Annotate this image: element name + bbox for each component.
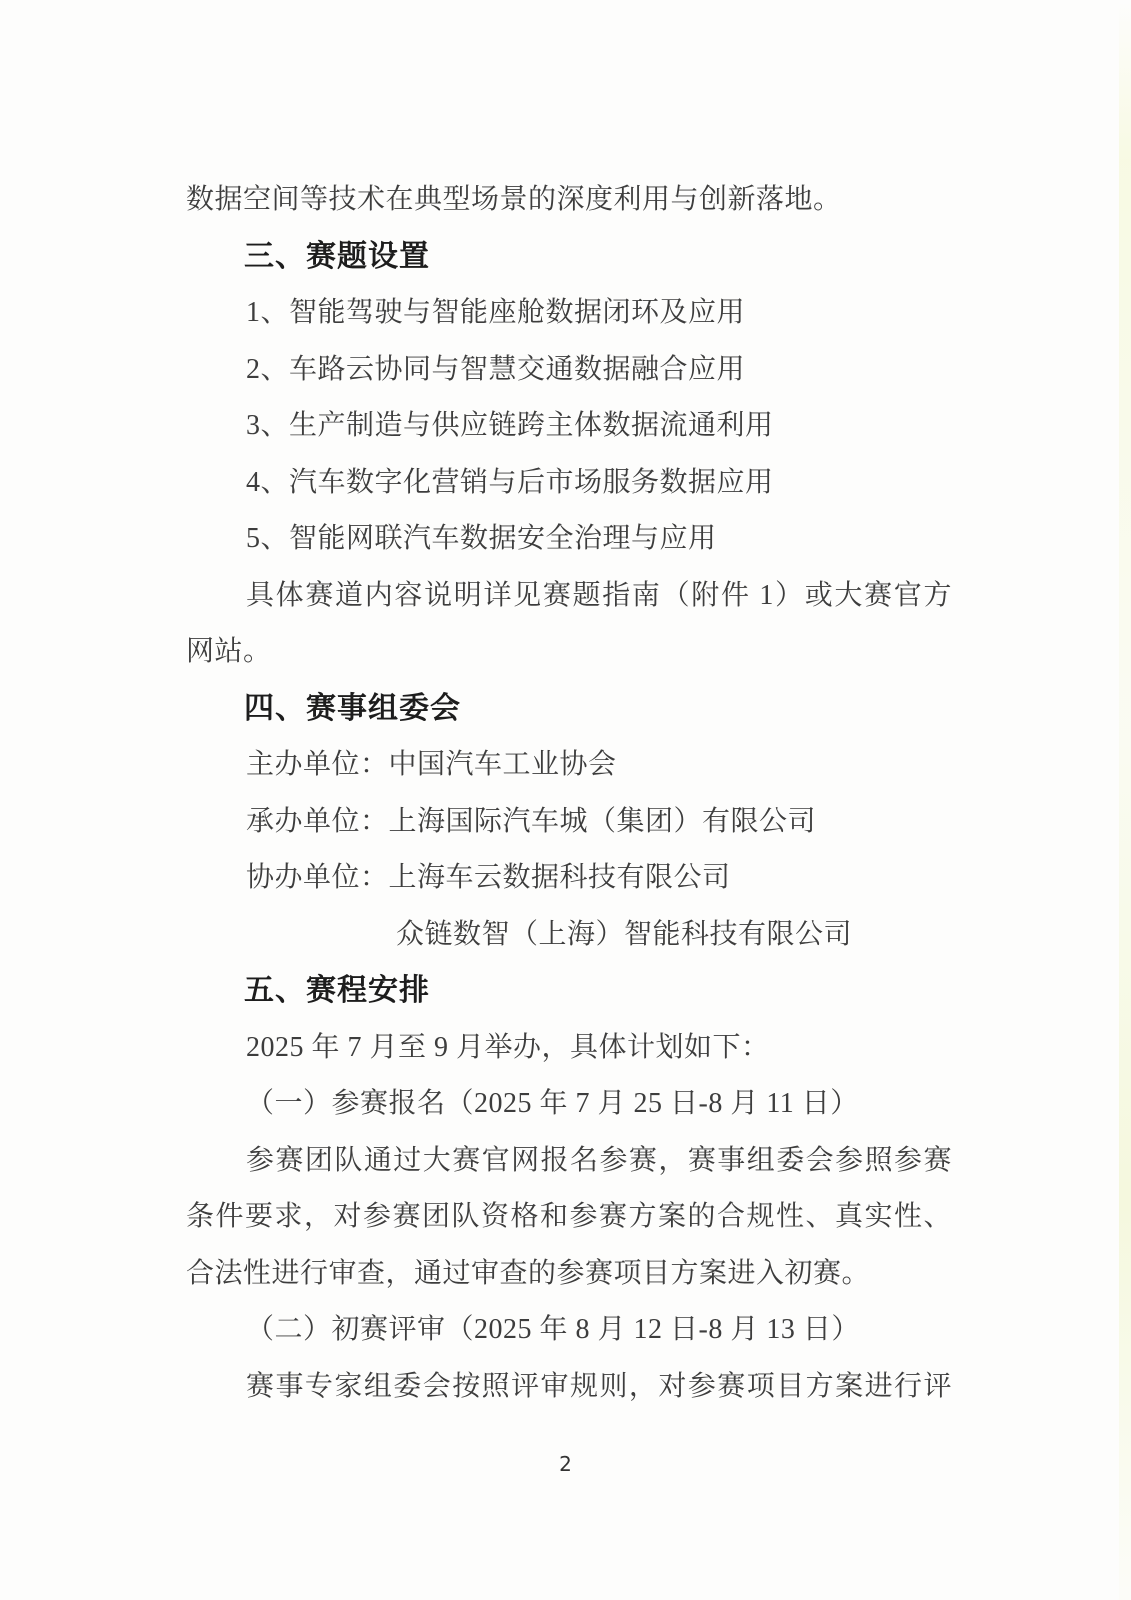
co-organizer-unit-line-1: 协办单位：上海车云数据科技有限公司 [186, 850, 952, 907]
track-item-1: 1、智能驾驶与智能座舱数据闭环及应用 [186, 285, 952, 342]
paragraph-continuation-line: 数据空间等技术在典型场景的深度利用与创新落地。 [186, 172, 952, 229]
track-guide-note-line-2: 网站。 [186, 624, 952, 681]
registration-detail-line-1: 参赛团队通过大赛官网报名参赛，赛事组委会参照参赛 [186, 1133, 952, 1190]
track-item-3: 3、生产制造与供应链跨主体数据流通利用 [186, 398, 952, 455]
document-body: 数据空间等技术在典型场景的深度利用与创新落地。 三、赛题设置 1、智能驾驶与智能… [186, 172, 952, 1415]
track-guide-note-line-1: 具体赛道内容说明详见赛题指南（附件 1）或大赛官方 [186, 568, 952, 625]
page-number: 2 [0, 1452, 1131, 1476]
phase-registration-title-line: （一）参赛报名（2025 年 7 月 25 日-8 月 11 日） [186, 1076, 952, 1133]
document-page: 数据空间等技术在典型场景的深度利用与创新落地。 三、赛题设置 1、智能驾驶与智能… [0, 0, 1131, 1600]
scan-edge-artifact [1119, 0, 1131, 1600]
co-organizer-unit-line-2: 众链数智（上海）智能科技有限公司 [186, 907, 952, 964]
section-heading-topics: 三、赛题设置 [186, 229, 952, 286]
section-heading-schedule: 五、赛程安排 [186, 963, 952, 1020]
section-heading-committee: 四、赛事组委会 [186, 681, 952, 738]
preliminary-detail-line-1: 赛事专家组委会按照评审规则，对参赛项目方案进行评 [186, 1359, 952, 1416]
phase-preliminary-title-line: （二）初赛评审（2025 年 8 月 12 日-8 月 13 日） [186, 1302, 952, 1359]
track-item-5: 5、智能网联汽车数据安全治理与应用 [186, 511, 952, 568]
host-unit-line: 主办单位：中国汽车工业协会 [186, 737, 952, 794]
track-item-4: 4、汽车数字化营销与后市场服务数据应用 [186, 455, 952, 512]
registration-detail-line-2: 条件要求，对参赛团队资格和参赛方案的合规性、真实性、 [186, 1189, 952, 1246]
schedule-intro-line: 2025 年 7 月至 9 月举办，具体计划如下： [186, 1020, 952, 1077]
track-item-2: 2、车路云协同与智慧交通数据融合应用 [186, 342, 952, 399]
organizer-unit-line: 承办单位：上海国际汽车城（集团）有限公司 [186, 794, 952, 851]
registration-detail-line-3: 合法性进行审查，通过审查的参赛项目方案进入初赛。 [186, 1246, 952, 1303]
